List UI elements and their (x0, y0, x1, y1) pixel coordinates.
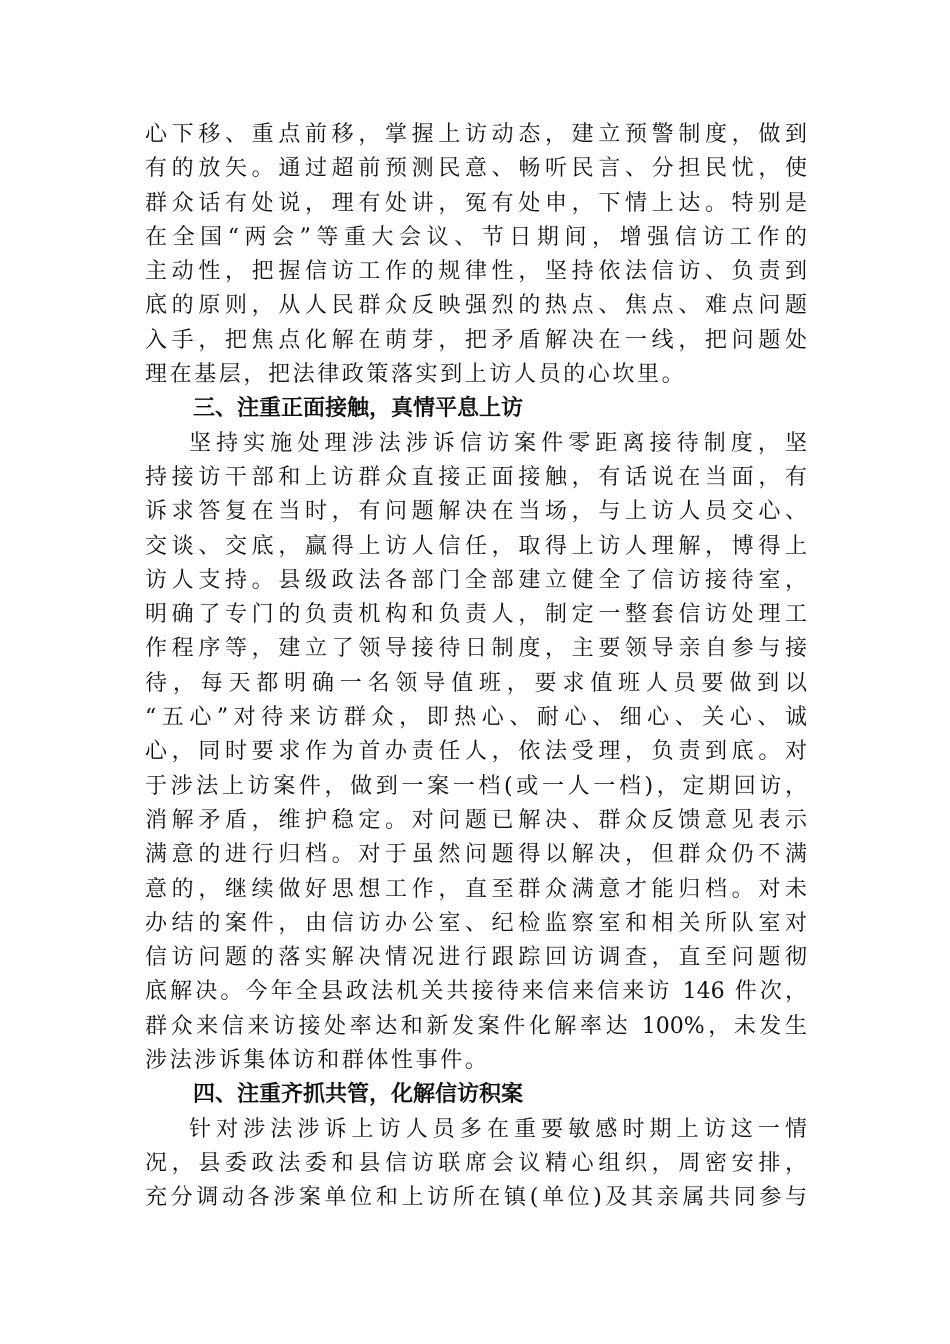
text-line: 在全国“两会”等重大会议、节日期间，增强信访工作的 (145, 221, 807, 255)
section-heading-4: 四、注重齐抓共管，化解信访积案 (145, 1078, 807, 1112)
text-line: 明确了专门的负责机构和负责人，制定一整套信访处理工 (145, 598, 807, 632)
text-line: 访人支持。县级政法各部门全部建立健全了信访接待室， (145, 564, 807, 598)
text-line: 坚持实施处理涉法涉诉信访案件零距离接待制度，坚 (145, 427, 807, 461)
text-line: 充分调动各涉案单位和上访所在镇(单位)及其亲属共同参与 (145, 1181, 807, 1215)
document-page: 心下移、重点前移，掌握上访动态，建立预警制度，做到 有的放矢。通过超前预测民意、… (0, 0, 950, 1344)
text-line: 涉法涉诉集体访和群体性事件。 (145, 1044, 807, 1078)
text-line: 入手，把焦点化解在萌芽，把矛盾解决在一线，把问题处 (145, 324, 807, 358)
text-line: 理在基层，把法律政策落实到上访人员的心坎里。 (145, 358, 807, 392)
text-line: 意的，继续做好思想工作，直至群众满意才能归档。对未 (145, 873, 807, 907)
section-heading-3: 三、注重正面接触，真情平息上访 (145, 392, 807, 426)
text-line: 作程序等，建立了领导接待日制度，主要领导亲自参与接 (145, 632, 807, 666)
text-line: 满意的进行归档。对于虽然问题得以解决，但群众仍不满 (145, 838, 807, 872)
text-line: 群众话有处说，理有处讲，冤有处申，下情上达。特别是 (145, 187, 807, 221)
text-line: 交谈、交底，赢得上访人信任，取得上访人理解，博得上 (145, 530, 807, 564)
text-line: 心，同时要求作为首办责任人，依法受理，负责到底。对 (145, 735, 807, 769)
text-line: 待，每天都明确一名领导值班，要求值班人员要做到以 (145, 667, 807, 701)
text-line: 持接访干部和上访群众直接正面接触，有话说在当面，有 (145, 461, 807, 495)
paragraph-2: 坚持实施处理涉法涉诉信访案件零距离接待制度，坚 持接访干部和上访群众直接正面接触… (145, 427, 807, 1079)
text-line: 消解矛盾，维护稳定。对问题已解决、群众反馈意见表示 (145, 804, 807, 838)
paragraph-1: 心下移、重点前移，掌握上访动态，建立预警制度，做到 有的放矢。通过超前预测民意、… (145, 118, 807, 392)
text-line: 群众来信来访接处率达和新发案件化解率达 100%，未发生 (145, 1010, 807, 1044)
text-line: 针对涉法涉诉上访人员多在重要敏感时期上访这一情 (145, 1113, 807, 1147)
text-line: 有的放矢。通过超前预测民意、畅听民言、分担民忧，使 (145, 152, 807, 186)
text-line: 信访问题的落实解决情况进行跟踪回访调查，直至问题彻 (145, 941, 807, 975)
text-line: 心下移、重点前移，掌握上访动态，建立预警制度，做到 (145, 118, 807, 152)
text-line: 于涉法上访案件，做到一案一档(或一人一档)，定期回访， (145, 770, 807, 804)
paragraph-3: 针对涉法涉诉上访人员多在重要敏感时期上访这一情 况，县委政法委和县信访联席会议精… (145, 1113, 807, 1216)
document-body: 心下移、重点前移，掌握上访动态，建立预警制度，做到 有的放矢。通过超前预测民意、… (145, 118, 807, 1216)
text-line: 主动性，把握信访工作的规律性，坚持依法信访、负责到 (145, 255, 807, 289)
text-line: 诉求答复在当时，有问题解决在当场，与上访人员交心、 (145, 495, 807, 529)
text-line: 底解决。今年全县政法机关共接待来信来信来访 146 件次， (145, 975, 807, 1009)
text-line: 况，县委政法委和县信访联席会议精心组织，周密安排， (145, 1147, 807, 1181)
text-line: 底的原则，从人民群众反映强烈的热点、焦点、难点问题 (145, 289, 807, 323)
text-line: “五心”对待来访群众，即热心、耐心、细心、关心、诚 (145, 701, 807, 735)
text-line: 办结的案件，由信访办公室、纪检监察室和相关所队室对 (145, 907, 807, 941)
